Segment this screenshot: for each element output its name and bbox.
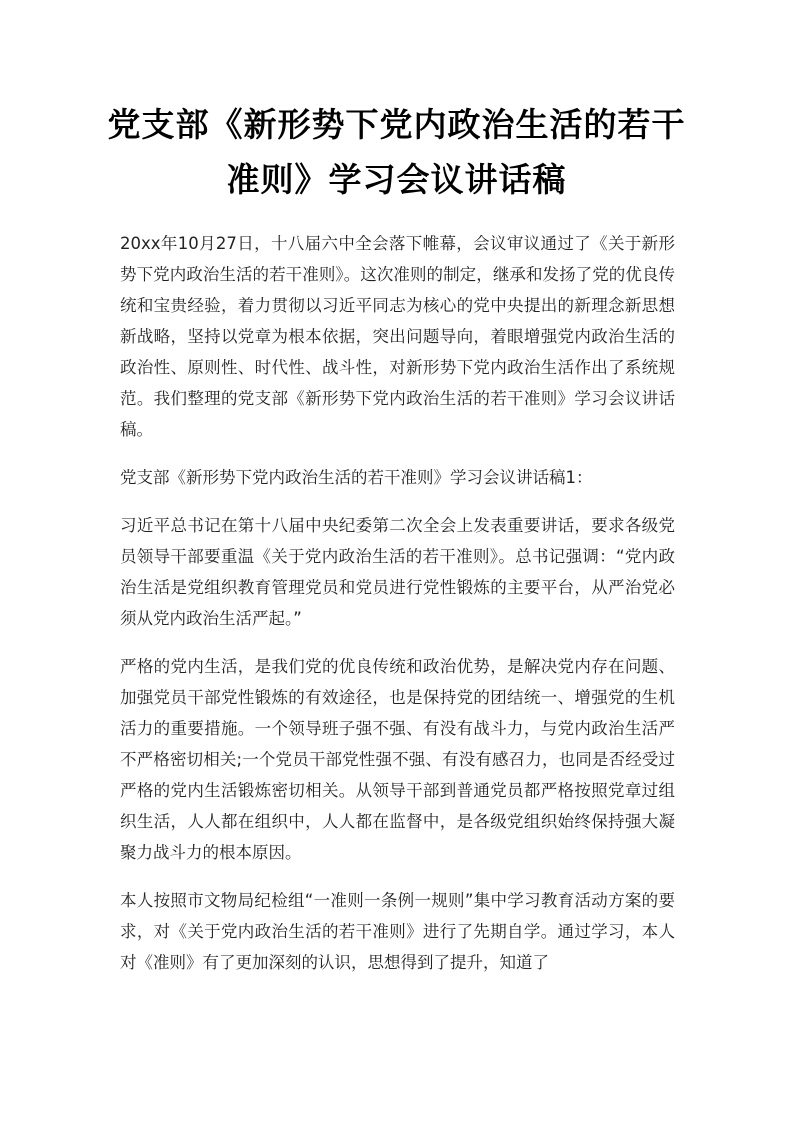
document-title-line-1: 党支部《新形势下党内政治生活的若干	[100, 95, 693, 155]
document-page: 党支部《新形势下党内政治生活的若干 准则》学习会议讲话稿 20xx年10月27日…	[0, 0, 793, 1122]
paragraph-intro: 20xx年10月27日，十八届六中全会落下帷幕，会议审议通过了《关于新形势下党内…	[120, 228, 675, 445]
paragraph-self-study: 本人按照市文物局纪检组“一准则一条例一规则”集中学习教育活动方案的要求，对《关于…	[120, 885, 675, 978]
paragraph-speech-heading: 党支部《新形势下党内政治生活的若干准则》学习会议讲话稿1：	[120, 462, 675, 493]
document-body: 20xx年10月27日，十八届六中全会落下帷幕，会议审议通过了《关于新形势下党内…	[120, 228, 675, 995]
document-title-line-2: 准则》学习会议讲话稿	[100, 150, 693, 210]
paragraph-strict-party-life: 严格的党内生活，是我们党的优良传统和政治优势，是解决党内存在问题、加强党员干部党…	[120, 651, 675, 868]
paragraph-xi-speech: 习近平总书记在第十八届中央纪委第二次全会上发表重要讲话，要求各级党员领导干部要重…	[120, 510, 675, 634]
